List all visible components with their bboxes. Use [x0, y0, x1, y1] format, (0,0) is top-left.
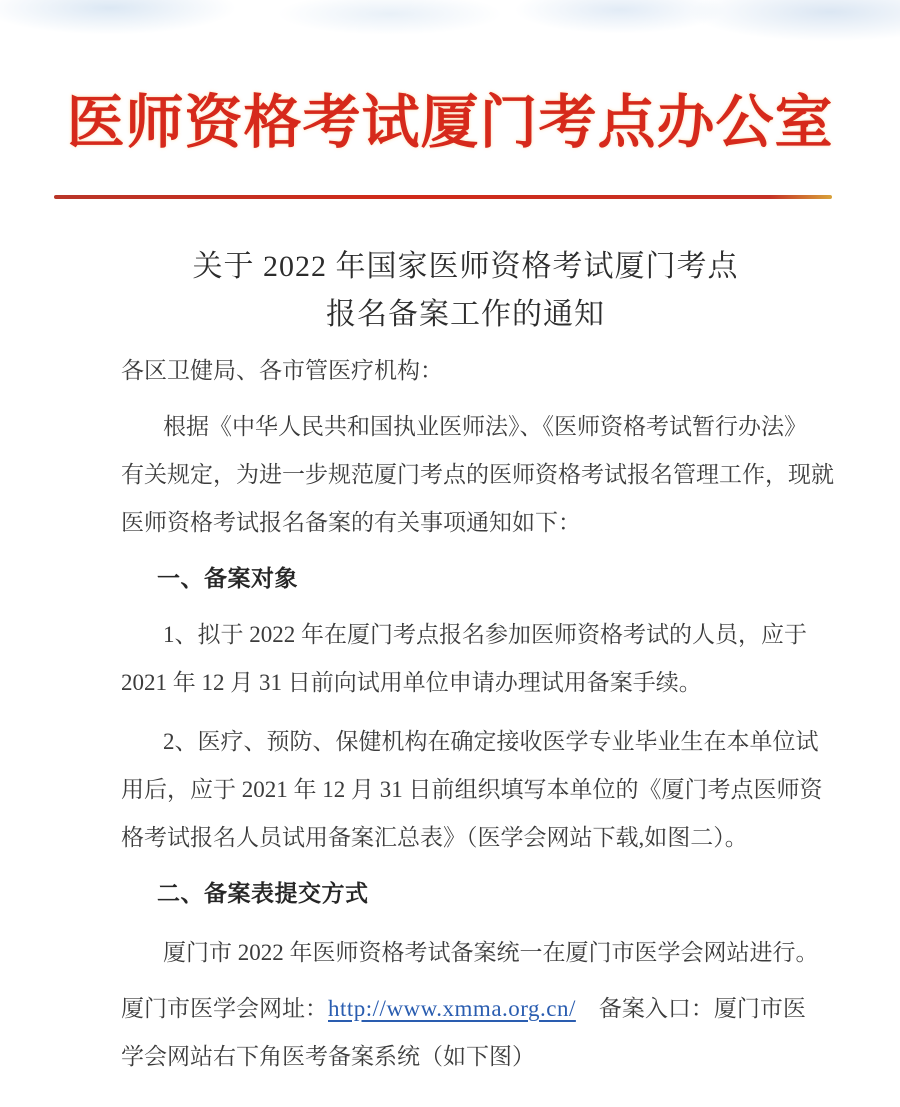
letterhead-title: 医师资格考试厦门考点办公室 [0, 0, 900, 152]
intro-line-1: 根据《中华人民共和国执业医师法》、《医师资格考试暂行办法》 [121, 403, 810, 451]
notice-title-line1: 关于 2022 年国家医师资格考试厦门考点 [121, 243, 810, 291]
notice-title-line2: 报名备案工作的通知 [121, 291, 810, 339]
section1-item2-line3: 格考试报名人员试用备案汇总表》（医学会网站下载,如图二）。 [121, 814, 810, 862]
notice-body: 关于 2022 年国家医师资格考试厦门考点 报名备案工作的通知 各区卫健局、各市… [0, 243, 900, 1081]
intro-line-2: 有关规定，为进一步规范厦门考点的医师资格考试报名管理工作，现就 [121, 451, 810, 499]
section1-item1-line1: 1、拟于 2022 年在厦门考点报名参加医师资格考试的人员，应于 [121, 611, 810, 659]
last-line: 学会网站右下角医考备案系统（如下图） [121, 1033, 810, 1081]
red-divider-rule [54, 195, 832, 199]
section1-item2-line2: 用后，应于 2021 年 12 月 31 日前组织填写本单位的《厦门考点医师资 [121, 766, 810, 814]
section1-heading: 一、备案对象 [121, 555, 810, 603]
notice-title: 关于 2022 年国家医师资格考试厦门考点 报名备案工作的通知 [121, 243, 810, 339]
medical-association-link[interactable]: http://www.xmma.org.cn/ [328, 996, 576, 1021]
document-page: 医师资格考试厦门考点办公室 关于 2022 年国家医师资格考试厦门考点 报名备案… [0, 0, 900, 1107]
section1-item1-line2: 2021 年 12 月 31 日前向试用单位申请办理试用备案手续。 [121, 659, 810, 707]
section1-item2-line1: 2、医疗、预防、保健机构在确定接收医学专业毕业生在本单位试 [121, 718, 810, 766]
intro-line-3: 医师资格考试报名备案的有关事项通知如下： [121, 499, 810, 547]
website-label: 厦门市医学会网址： [121, 996, 328, 1021]
section2-para: 厦门市 2022 年医师资格考试备案统一在厦门市医学会网站进行。 [121, 929, 810, 977]
entry-label: 备案入口：厦门市医 [576, 996, 806, 1021]
section2-heading: 二、备案表提交方式 [121, 870, 810, 918]
salutation: 各区卫健局、各市管医疗机构： [121, 347, 810, 395]
website-line: 厦门市医学会网址：http://www.xmma.org.cn/ 备案入口：厦门… [121, 985, 810, 1033]
